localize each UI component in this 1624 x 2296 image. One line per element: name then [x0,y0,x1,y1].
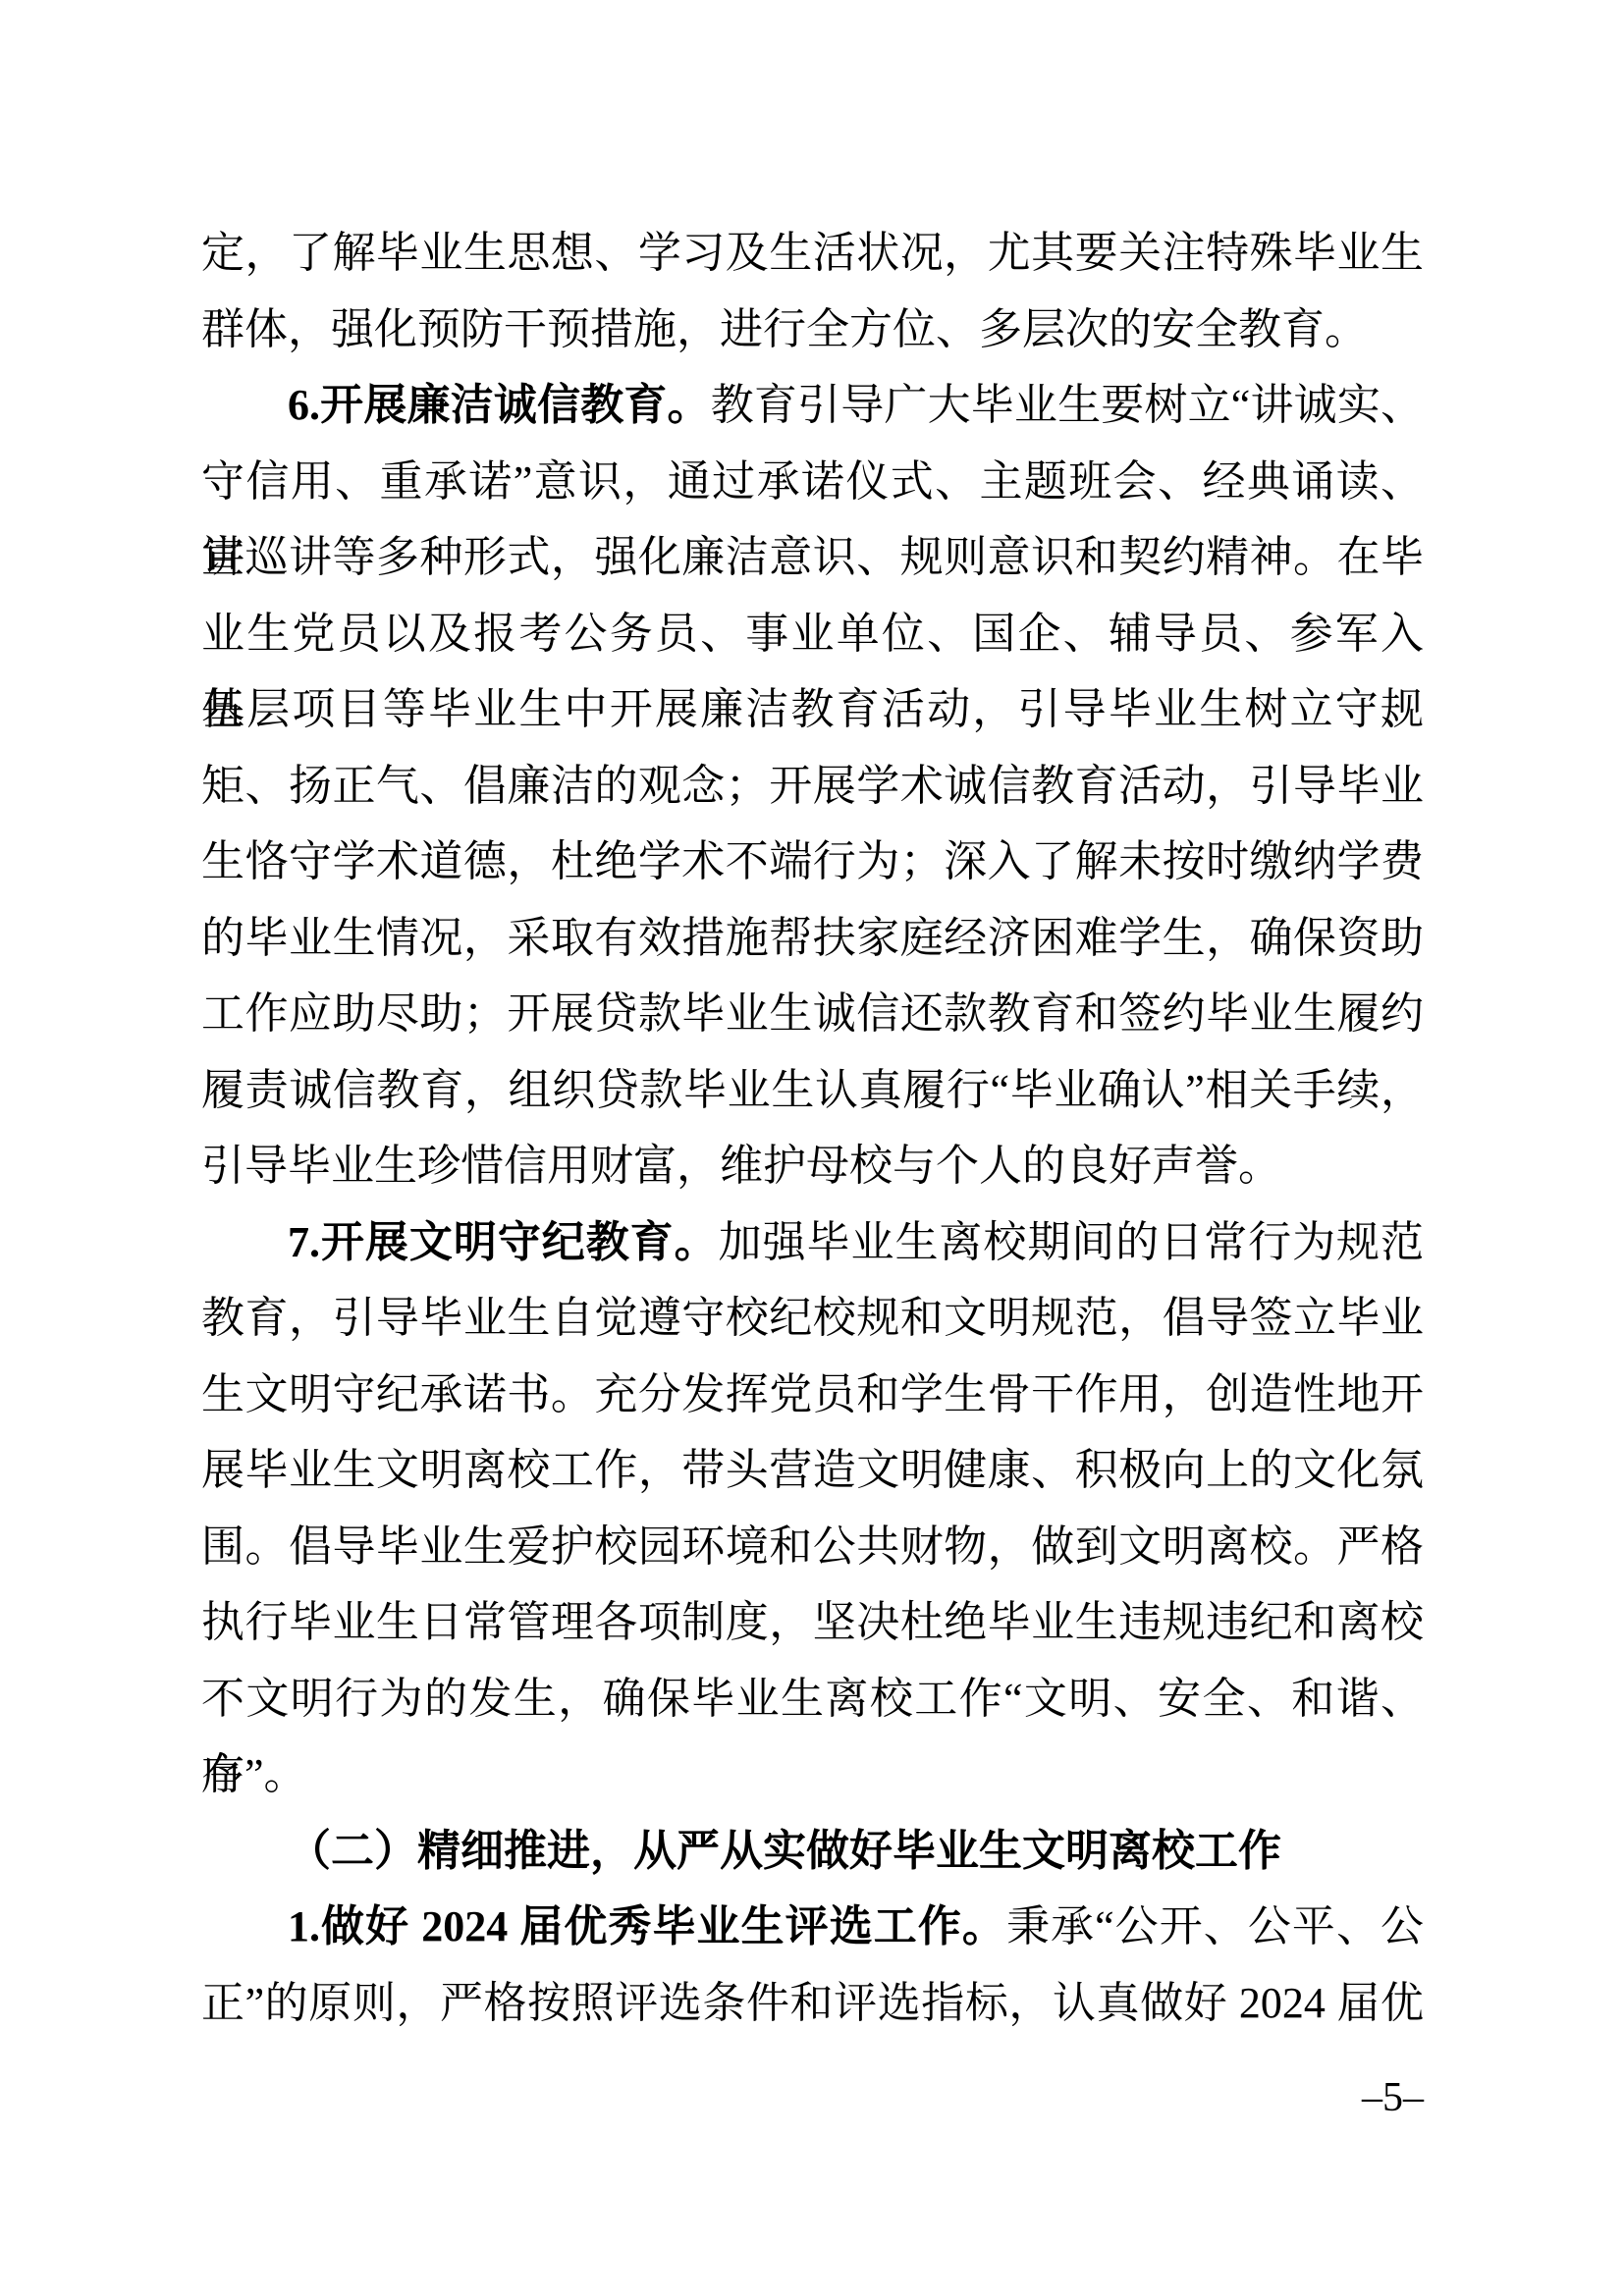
text-segment: 加强毕业生离校期间的日常行为规范 [719,1218,1424,1266]
text-line: 7.开展文明守纪教育。加强毕业生离校期间的日常行为规范 [201,1204,1424,1281]
text-line: 群体，强化预防干预措施，进行全方位、多层次的安全教育。 [201,292,1424,368]
text-line: 生恪守学术道德，杜绝学术不端行为；深入了解未按时缴纳学费 [201,824,1424,900]
text-segment: 生恪守学术道德，杜绝学术不端行为；深入了解未按时缴纳学费 [201,837,1424,885]
text-line: 执行毕业生日常管理各项制度，坚决杜绝毕业生违规违纪和离校 [201,1584,1424,1661]
text-segment: 基层项目等毕业生中开展廉洁教育活动，引导毕业生树立守规 [201,685,1424,733]
text-segment: 生文明守纪承诺书。充分发挥党员和学生骨干作用，创造性地开 [201,1370,1424,1418]
text-segment: 群体，强化预防干预措施，进行全方位、多层次的安全教育。 [201,305,1368,353]
text-segment: 教育引导广大毕业生要树立“讲诚实、 [711,381,1424,429]
text-line: 引导毕业生珍惜信用财富，维护母校与个人的良好声誉。 [201,1128,1424,1204]
text-line: 的毕业生情况，采取有效措施帮扶家庭经济困难学生，确保资助 [201,900,1424,977]
text-segment: 引导毕业生珍惜信用财富，维护母校与个人的良好声誉。 [201,1142,1281,1190]
text-segment: 教育，引导毕业生自觉遵守校纪校规和文明规范，倡导签立毕业 [201,1294,1424,1342]
text-segment: 定，了解毕业生思想、学习及生活状况，尤其要关注特殊毕业生 [201,229,1424,277]
text-line: 正”的原则，严格按照评选条件和评选指标，认真做好 2024 届优 [201,1965,1424,2042]
text-line: 守信用、重承诺”意识，通过承诺仪式、主题班会、经典诵读、宣 [201,444,1424,520]
bold-text-segment: 1.做好 2024 届优秀毕业生评选工作。 [288,1902,1006,1950]
text-line: 定，了解毕业生思想、学习及生活状况，尤其要关注特殊毕业生 [201,215,1424,292]
text-line: 不文明行为的发生，确保毕业生离校工作“文明、安全、和谐、有 [201,1661,1424,1737]
text-segment: 的毕业生情况，采取有效措施帮扶家庭经济困难学生，确保资助 [201,914,1424,962]
text-segment: 秉承“公开、公平、公 [1006,1902,1424,1950]
text-segment: 正”的原则，严格按照评选条件和评选指标，认真做好 2024 届优 [201,1979,1424,2027]
text-segment: 履责诚信教育，组织贷款毕业生认真履行“毕业确认”相关手续， [201,1066,1424,1114]
bold-text-segment: 6.开展廉洁诚信教育。 [288,381,711,429]
text-line: 围。倡导毕业生爱护校园环境和公共财物，做到文明离校。严格 [201,1509,1424,1585]
text-segment: 序”。 [201,1750,307,1798]
text-segment: 矩、扬正气、倡廉洁的观念；开展学术诚信教育活动，引导毕业 [201,762,1424,810]
text-line: 生文明守纪承诺书。充分发挥党员和学生骨干作用，创造性地开 [201,1357,1424,1433]
text-line: 基层项目等毕业生中开展廉洁教育活动，引导毕业生树立守规 [201,671,1424,748]
text-segment: 工作应助尽助；开展贷款毕业生诚信还款教育和签约毕业生履约 [201,989,1424,1038]
text-line: 业生党员以及报考公务员、事业单位、国企、辅导员、参军入伍、 [201,596,1424,672]
text-line: 矩、扬正气、倡廉洁的观念；开展学术诚信教育活动，引导毕业 [201,748,1424,825]
document-page: 定，了解毕业生思想、学习及生活状况，尤其要关注特殊毕业生群体，强化预防干预措施，… [0,0,1624,2296]
text-segment: 讲巡讲等多种形式，强化廉洁意识、规则意识和契约精神。在毕 [201,533,1424,581]
bold-text-segment: 7.开展文明守纪教育。 [288,1218,719,1266]
text-line: 讲巡讲等多种形式，强化廉洁意识、规则意识和契约精神。在毕 [201,519,1424,596]
bold-text-segment: （二）精细推进，从严从实做好毕业生文明离校工作 [288,1827,1281,1875]
text-line: 履责诚信教育，组织贷款毕业生认真履行“毕业确认”相关手续， [201,1052,1424,1129]
text-segment: 围。倡导毕业生爱护校园环境和公共财物，做到文明离校。严格 [201,1522,1424,1571]
text-block: 定，了解毕业生思想、学习及生活状况，尤其要关注特殊毕业生群体，强化预防干预措施，… [201,215,1424,2041]
text-segment: 展毕业生文明离校工作，带头营造文明健康、积极向上的文化氛 [201,1446,1424,1494]
text-line: 6.开展廉洁诚信教育。教育引导广大毕业生要树立“讲诚实、 [201,367,1424,444]
text-line: 教育，引导毕业生自觉遵守校纪校规和文明规范，倡导签立毕业 [201,1280,1424,1357]
text-line: 工作应助尽助；开展贷款毕业生诚信还款教育和签约毕业生履约 [201,976,1424,1052]
text-line: 展毕业生文明离校工作，带头营造文明健康、积极向上的文化氛 [201,1432,1424,1509]
text-line: 序”。 [201,1736,1424,1813]
text-segment: 执行毕业生日常管理各项制度，坚决杜绝毕业生违规违纪和离校 [201,1598,1424,1646]
text-line: 1.做好 2024 届优秀毕业生评选工作。秉承“公开、公平、公 [201,1889,1424,1965]
page-number: –5– [1362,2077,1424,2118]
text-line: （二）精细推进，从严从实做好毕业生文明离校工作 [201,1813,1424,1890]
